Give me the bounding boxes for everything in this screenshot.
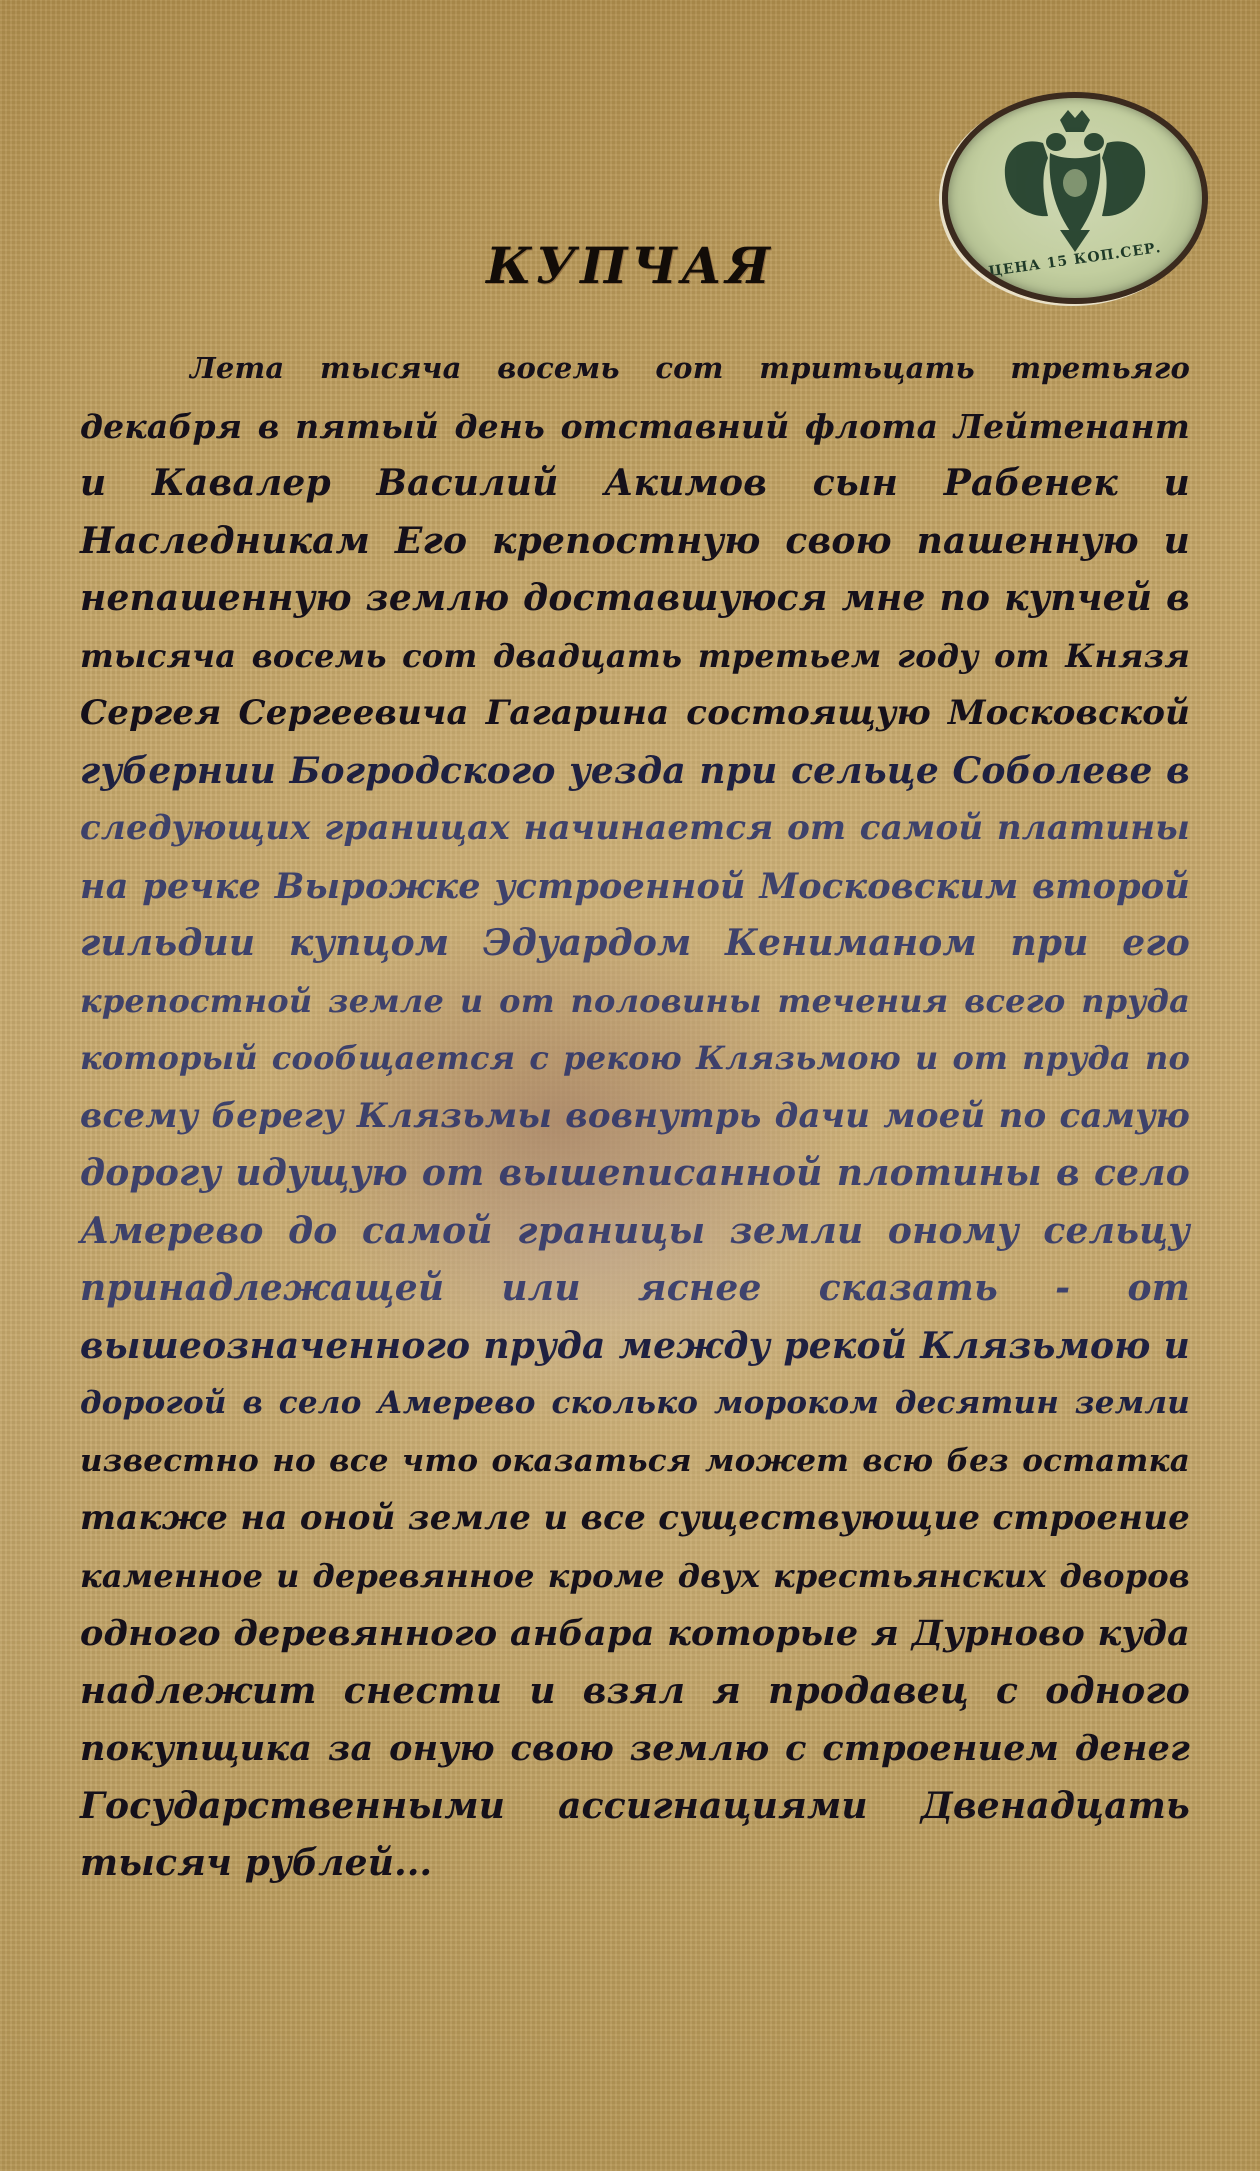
text-line: Амерево до самой границы земли оному сел…	[80, 1203, 1190, 1261]
document-body: Лета тысяча восемь сот тритьцать третьяг…	[80, 340, 1190, 1893]
text-line: известно но все что оказаться может всю …	[80, 1433, 1190, 1491]
text-line: Государственными ассигнациями Двенадцать	[80, 1778, 1190, 1836]
text-line: вышеозначенного пруда между рекой Клязьм…	[80, 1318, 1190, 1376]
text-line: Лета тысяча восемь сот тритьцать третьяг…	[80, 340, 1190, 398]
text-line: дорогой в село Амерево сколько мороком д…	[80, 1375, 1190, 1433]
text-line: всему берегу Клязьмы вовнутрь дачи моей …	[80, 1088, 1190, 1146]
text-line: Сергея Сергеевича Гагарина состоящую Мос…	[80, 685, 1190, 743]
text-line: и Кавалер Василий Акимов сын Рабенек и	[80, 455, 1190, 513]
text-line: губернии Богродского уезда при сельце Со…	[80, 743, 1190, 801]
text-line: каменное и деревянное кроме двух крестья…	[80, 1548, 1190, 1606]
text-line: также на оной земле и все существующие с…	[80, 1490, 1190, 1548]
text-line: декабря в пятый день отставний флота Лей…	[80, 398, 1190, 456]
text-line: одного деревянного анбара которые я Дурн…	[80, 1605, 1190, 1663]
text-line: дорогу идущую от вышеписанной плотины в …	[80, 1145, 1190, 1203]
text-line: который сообщается с рекою Клязьмою и от…	[80, 1030, 1190, 1088]
text-line: непашенную землю доставшуюся мне по купч…	[80, 570, 1190, 628]
text-line: на речке Вырожке устроенной Московским в…	[80, 858, 1190, 916]
document-title: КУПЧАЯ	[410, 236, 850, 295]
text-line: гильдии купцом Эдуардом Кениманом при ег…	[80, 915, 1190, 973]
text-line: крепостной земле и от половины течения в…	[80, 973, 1190, 1031]
text-line: тысяч рублей...	[80, 1835, 1190, 1893]
text-line: тысяча восемь сот двадцать третьем году …	[80, 628, 1190, 686]
revenue-stamp: ЦЕНА 15 КОП.СЕР.	[942, 92, 1208, 304]
text-line: следующих границах начинается от самой п…	[80, 800, 1190, 858]
text-line: надлежит снести и взял я продавец с одно…	[80, 1663, 1190, 1721]
text-line: покупщика за оную свою землю с строением…	[80, 1720, 1190, 1778]
text-line: принадлежащей или яснее сказать - от	[80, 1260, 1190, 1318]
text-line: Наследникам Его крепостную свою пашенную…	[80, 513, 1190, 571]
document-page: ЦЕНА 15 КОП.СЕР. КУПЧАЯ Лета тысяча восе…	[0, 0, 1260, 2171]
